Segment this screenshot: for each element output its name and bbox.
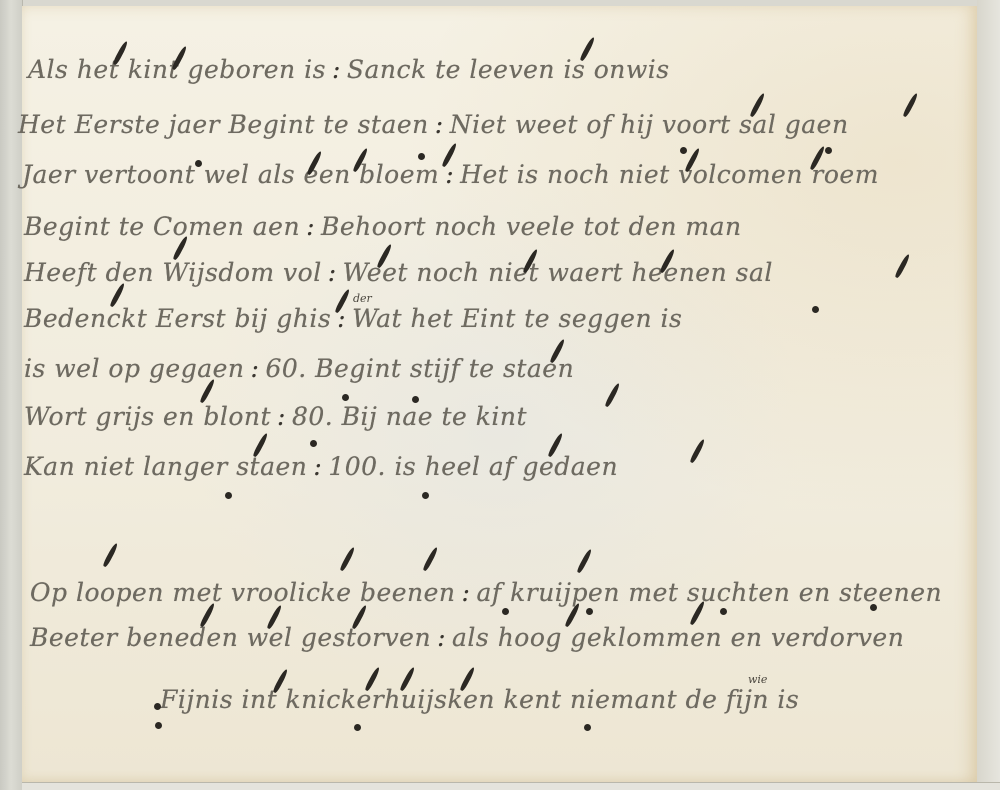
couplet-line-2: Beeter beneden wel gestorven:als hoog ge… — [30, 623, 904, 652]
couplet-left: Beeter beneden wel gestorven — [30, 623, 431, 652]
couplet-left: Op loopen met vroolicke beenen — [30, 578, 456, 607]
verse-left: Wort grijs en blont — [24, 402, 271, 431]
verse-right: 80. Bij nae te kint — [292, 402, 527, 431]
ink-dot — [422, 492, 429, 499]
couplet-line-1: Op loopen met vroolicke beenen:af kruijp… — [30, 578, 942, 607]
motto-line: Fijnis int knickerhuijsken kent niemant … — [160, 685, 799, 714]
ink-dot — [720, 608, 727, 615]
ink-dot — [310, 440, 317, 447]
ink-dot — [412, 396, 419, 403]
verse-left: Kan niet langer staen — [24, 452, 307, 481]
verse-line-2: Het Eerste jaer Begint te staen:Niet wee… — [18, 110, 849, 139]
verse-line-6: Bedenckt Eerst bij ghis:Wat het Eint te … — [24, 304, 682, 333]
ink-dot — [354, 724, 361, 731]
verse-line-8: Wort grijs en blont:80. Bij nae te kint — [24, 402, 527, 431]
ink-dot — [584, 724, 591, 731]
verse-right: 60. Begint stijf te staen — [265, 354, 574, 383]
verse-right: Behoort noch veele tot den man — [321, 212, 742, 241]
ink-dot — [586, 608, 593, 615]
verse-left: Het Eerste jaer Begint te staen — [18, 110, 429, 139]
ink-dot — [418, 153, 425, 160]
couplet-right: af kruijpen met suchten en steenen — [476, 578, 942, 607]
page-edge — [977, 0, 1000, 790]
verse-line-1: Als het kint geboren is:Sanck te leeven … — [28, 55, 670, 84]
verse-right: Niet weet of hij voort sal gaen — [450, 110, 849, 139]
verse-left: Bedenckt Eerst bij ghis — [24, 304, 331, 333]
page-bottom-edge — [22, 782, 1000, 790]
couplet-right: als hoog geklommen en verdorven — [452, 623, 904, 652]
ink-dot — [154, 703, 161, 710]
interlinear-note: wie — [748, 673, 767, 686]
motto: Fijnis int knickerhuijsken kent niemant … — [160, 685, 799, 714]
ink-dot — [155, 722, 162, 729]
verse-line-4: Begint te Comen aen:Behoort noch veele t… — [24, 212, 742, 241]
ink-dot — [342, 394, 349, 401]
verse-left: Begint te Comen aen — [24, 212, 300, 241]
verse-line-9: Kan niet langer staen:100. is heel af ge… — [24, 452, 618, 481]
ink-dot — [870, 604, 877, 611]
verse-line-3: Jaer vertoont wel als een bloem:Het is n… — [22, 160, 879, 189]
verse-right: 100. is heel af gedaen — [328, 452, 618, 481]
ink-dot — [825, 147, 832, 154]
verse-right: Sanck te leeven is onwis — [347, 55, 670, 84]
verse-line-7: is wel op gegaen:60. Begint stijf te sta… — [24, 354, 574, 383]
verse-left: Jaer vertoont wel als een bloem — [22, 160, 439, 189]
ink-dot — [195, 160, 202, 167]
interlinear-note: der — [353, 292, 372, 305]
verse-left: Heeft den Wijsdom vol — [24, 258, 322, 287]
verse-right: Wat het Eint te seggen is — [352, 304, 682, 333]
ink-dot — [502, 608, 509, 615]
ink-dot — [225, 492, 232, 499]
ink-dot — [812, 306, 819, 313]
ink-dot — [680, 147, 687, 154]
verse-right: Weet noch niet waert heenen sal — [343, 258, 773, 287]
